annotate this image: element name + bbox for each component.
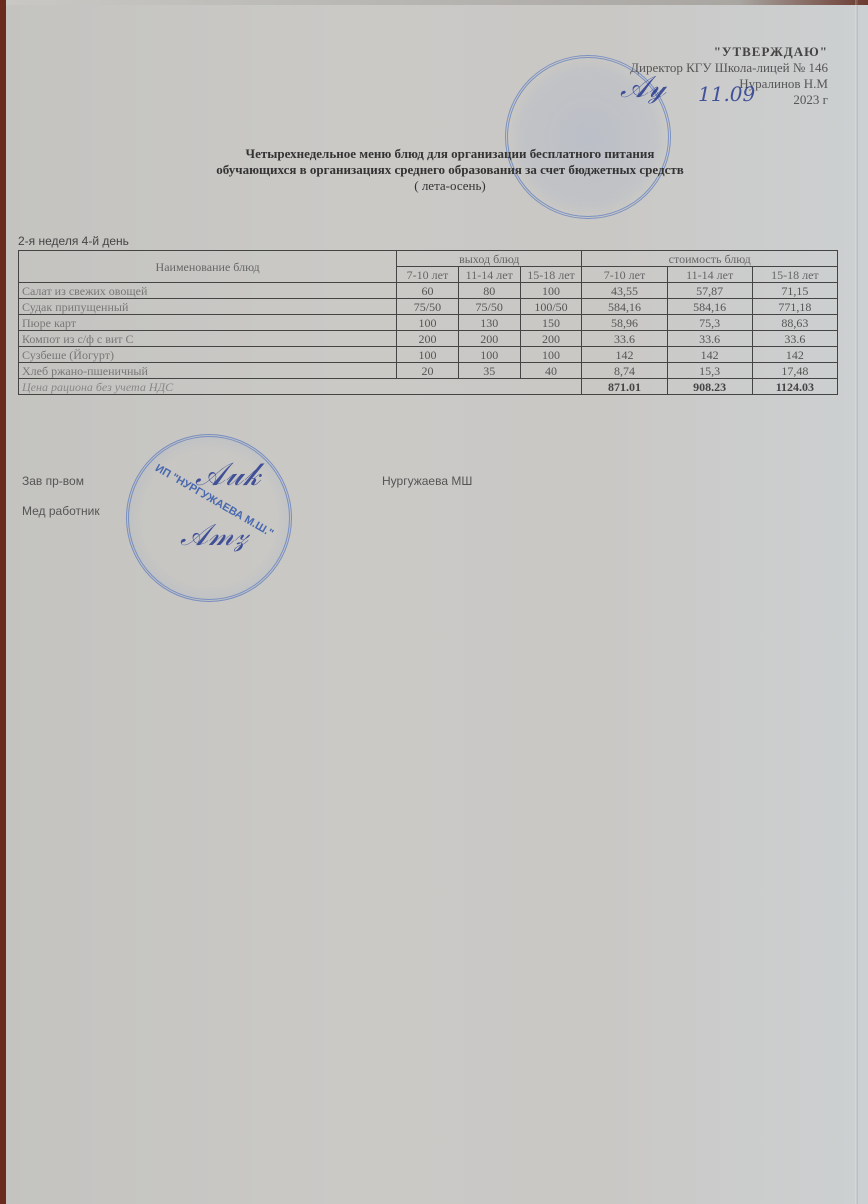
header-cost-age-1: 7-10 лет xyxy=(582,267,667,283)
yield-cell: 80 xyxy=(458,283,520,299)
total-label: Цена рациона без учета НДС xyxy=(19,379,582,395)
photo-edge-left xyxy=(0,0,6,1204)
paper-fold xyxy=(855,0,858,1204)
table-row: Хлеб ржано-пшеничный2035408,7415,317,48 xyxy=(19,363,838,379)
table-header-row: Наименование блюд выход блюд стоимость б… xyxy=(19,251,838,267)
yield-cell: 100 xyxy=(458,347,520,363)
cost-cell: 58,96 xyxy=(582,315,667,331)
dish-name: Сузбеше (Йогурт) xyxy=(19,347,397,363)
yield-cell: 35 xyxy=(458,363,520,379)
cost-cell: 33.6 xyxy=(667,331,752,347)
header-dish-name: Наименование блюд xyxy=(19,251,397,283)
title-season: ( лета-осень) xyxy=(140,178,760,194)
head-label: Зав пр-вом xyxy=(22,474,84,488)
table-row: Компот из с/ф с вит С20020020033.633.633… xyxy=(19,331,838,347)
header-yield: выход блюд xyxy=(397,251,582,267)
week-day-label: 2-я неделя 4-й день xyxy=(18,234,129,248)
head-name: Нургужаева МШ xyxy=(382,474,472,488)
yield-cell: 75/50 xyxy=(458,299,520,315)
yield-cell: 130 xyxy=(458,315,520,331)
cost-cell: 71,15 xyxy=(752,283,837,299)
cost-cell: 15,3 xyxy=(667,363,752,379)
yield-cell: 100 xyxy=(397,347,459,363)
cost-cell: 142 xyxy=(582,347,667,363)
cost-cell: 142 xyxy=(667,347,752,363)
yield-cell: 200 xyxy=(397,331,459,347)
photo-edge-top xyxy=(0,0,868,5)
menu-table-body: Салат из свежих овощей608010043,5557,877… xyxy=(19,283,838,379)
approval-heading: "УТВЕРЖДАЮ" xyxy=(630,44,828,60)
header-yield-age-2: 11-14 лет xyxy=(458,267,520,283)
dish-name: Компот из с/ф с вит С xyxy=(19,331,397,347)
title-line-2: обучающихся в организациях среднего обра… xyxy=(140,162,760,178)
dish-name: Салат из свежих овощей xyxy=(19,283,397,299)
dish-name: Хлеб ржано-пшеничный xyxy=(19,363,397,379)
yield-cell: 200 xyxy=(458,331,520,347)
table-row: Судак припущенный75/5075/50100/50584,165… xyxy=(19,299,838,315)
total-row: Цена рациона без учета НДС 871.01 908.23… xyxy=(19,379,838,395)
cost-cell: 8,74 xyxy=(582,363,667,379)
menu-table: Наименование блюд выход блюд стоимость б… xyxy=(18,250,838,395)
head-signature: 𝒜𝓊𝓀 xyxy=(195,455,260,494)
cost-cell: 75,3 xyxy=(667,315,752,331)
medic-label: Мед работник xyxy=(22,504,100,518)
yield-cell: 100 xyxy=(397,315,459,331)
yield-cell: 20 xyxy=(397,363,459,379)
cost-cell: 88,63 xyxy=(752,315,837,331)
yield-cell: 150 xyxy=(520,315,582,331)
yield-cell: 200 xyxy=(520,331,582,347)
dish-name: Судак припущенный xyxy=(19,299,397,315)
yield-cell: 60 xyxy=(397,283,459,299)
cost-cell: 584,16 xyxy=(667,299,752,315)
cost-cell: 43,55 xyxy=(582,283,667,299)
cost-cell: 584,16 xyxy=(582,299,667,315)
yield-cell: 100/50 xyxy=(520,299,582,315)
cost-cell: 33.6 xyxy=(582,331,667,347)
medic-signature: 𝒜𝓂𝓏 xyxy=(180,518,248,553)
table-row: Пюре карт10013015058,9675,388,63 xyxy=(19,315,838,331)
cost-cell: 33.6 xyxy=(752,331,837,347)
header-yield-age-1: 7-10 лет xyxy=(397,267,459,283)
dish-name: Пюре карт xyxy=(19,315,397,331)
cost-cell: 17,48 xyxy=(752,363,837,379)
cost-cell: 771,18 xyxy=(752,299,837,315)
handwritten-date: 11.09 xyxy=(698,82,755,106)
title-line-1: Четырехнедельное меню блюд для организац… xyxy=(140,146,760,162)
approval-position: Директор КГУ Школа-лицей № 146 xyxy=(630,60,828,76)
cost-cell: 142 xyxy=(752,347,837,363)
header-cost: стоимость блюд xyxy=(582,251,838,267)
cost-cell: 57,87 xyxy=(667,283,752,299)
total-cost-15-18: 1124.03 xyxy=(752,379,837,395)
header-yield-age-3: 15-18 лет xyxy=(520,267,582,283)
yield-cell: 100 xyxy=(520,347,582,363)
document-title: Четырехнедельное меню блюд для организац… xyxy=(140,146,760,194)
yield-cell: 75/50 xyxy=(397,299,459,315)
yield-cell: 40 xyxy=(520,363,582,379)
table-row: Салат из свежих овощей608010043,5557,877… xyxy=(19,283,838,299)
total-cost-7-10: 871.01 xyxy=(582,379,667,395)
yield-cell: 100 xyxy=(520,283,582,299)
table-row: Сузбеше (Йогурт)100100100142142142 xyxy=(19,347,838,363)
total-cost-11-14: 908.23 xyxy=(667,379,752,395)
header-cost-age-2: 11-14 лет xyxy=(667,267,752,283)
header-cost-age-3: 15-18 лет xyxy=(752,267,837,283)
